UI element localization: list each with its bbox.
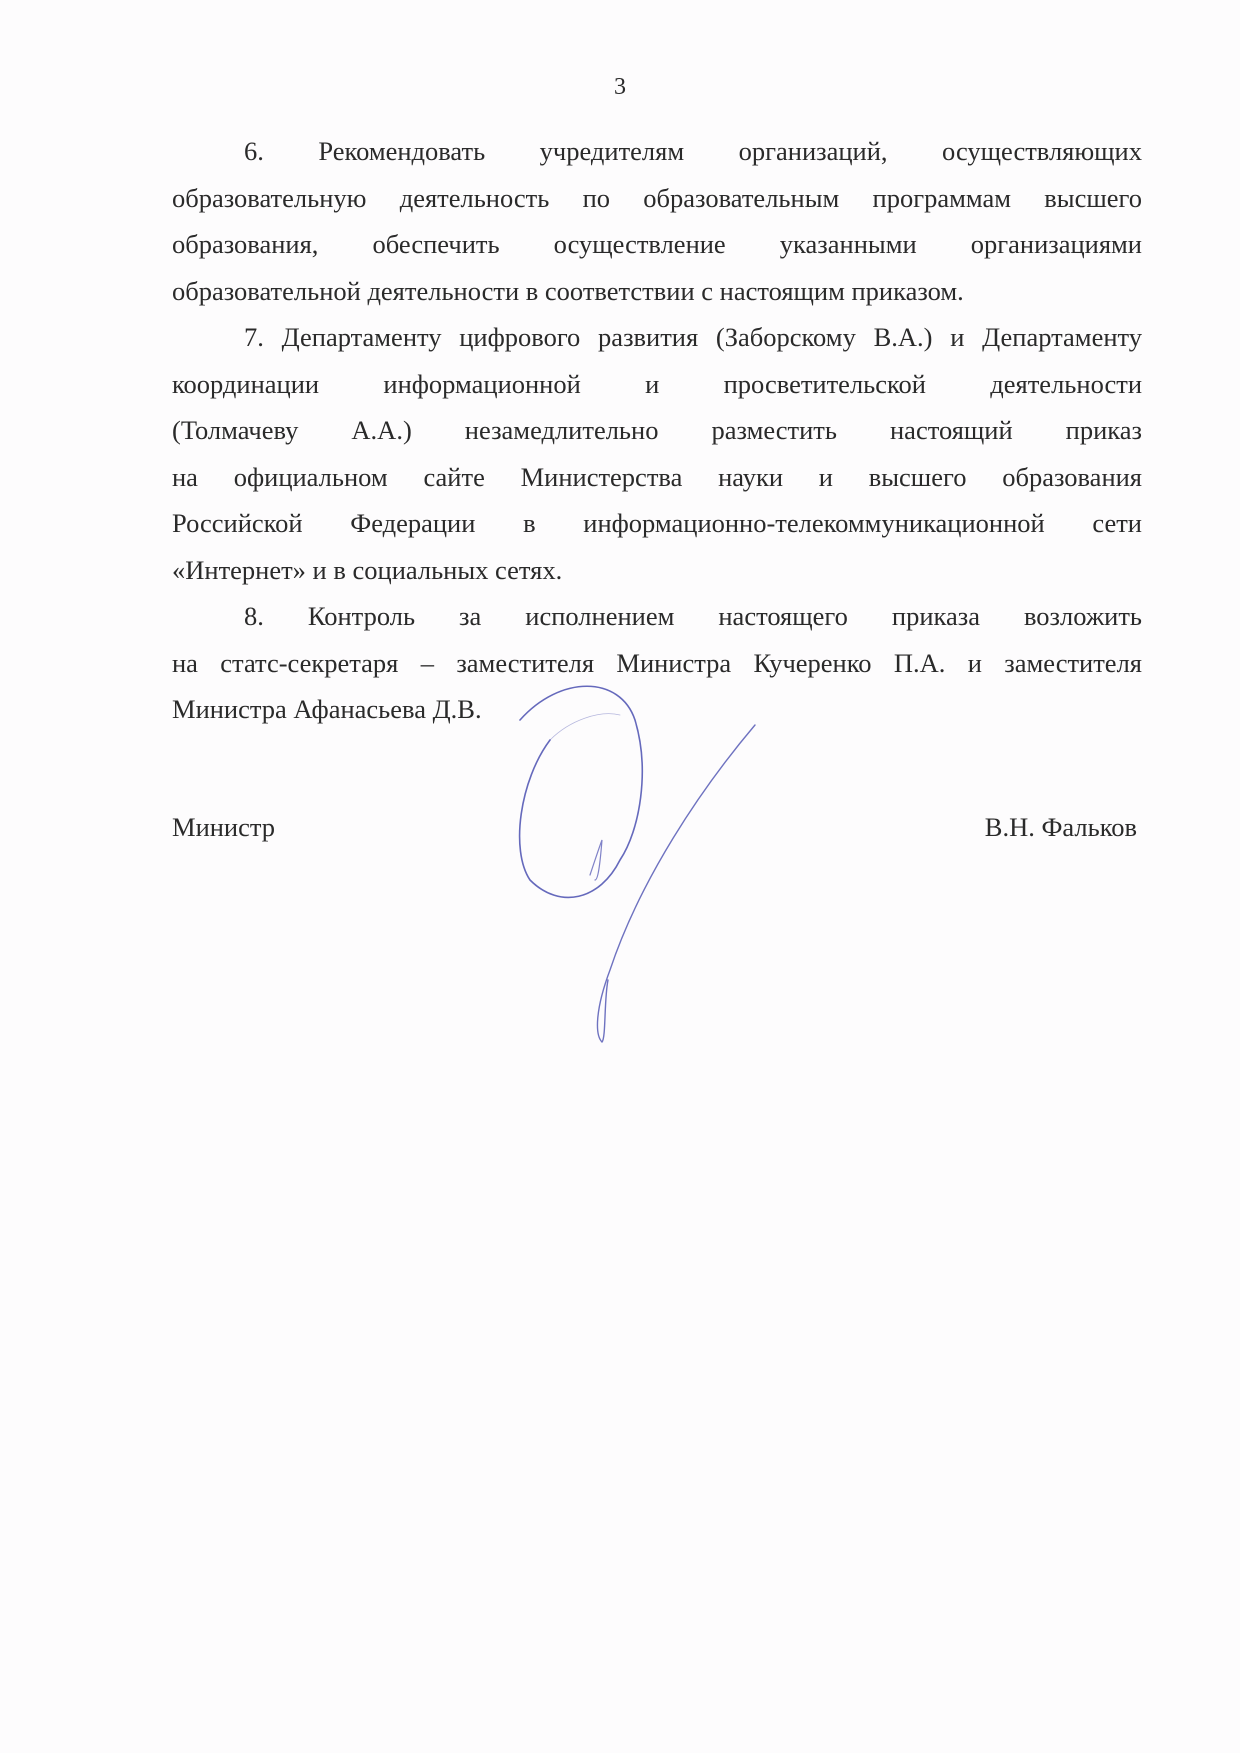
document-body: 6. Рекомендовать учредителям организаций… (172, 128, 1142, 733)
page-number: 3 (0, 74, 1240, 101)
text-line: «Интернет» и в социальных сетях. (172, 547, 1142, 594)
paragraph-6: 6. Рекомендовать учредителям организаций… (172, 128, 1142, 314)
text-line: Российской Федерации в информационно-тел… (172, 500, 1142, 547)
text-line: 8. Контроль за исполнением настоящего пр… (172, 593, 1142, 640)
signatory-title: Министр (172, 812, 275, 843)
text-line: образовательную деятельность по образова… (172, 175, 1142, 222)
text-line: координации информационной и просветител… (172, 361, 1142, 408)
signatory-name: В.Н. Фальков (985, 812, 1137, 843)
text-line: 6. Рекомендовать учредителям организаций… (172, 128, 1142, 175)
text-line: (Толмачеву А.А.) незамедлительно размест… (172, 407, 1142, 454)
text-line: образовательной деятельности в соответст… (172, 268, 1142, 315)
text-line: образования, обеспечить осуществление ук… (172, 221, 1142, 268)
handwritten-signature-icon (500, 680, 800, 1060)
text-line: на официальном сайте Министерства науки … (172, 454, 1142, 501)
text-line: 7. Департаменту цифрового развития (Забо… (172, 314, 1142, 361)
paragraph-7: 7. Департаменту цифрового развития (Забо… (172, 314, 1142, 593)
